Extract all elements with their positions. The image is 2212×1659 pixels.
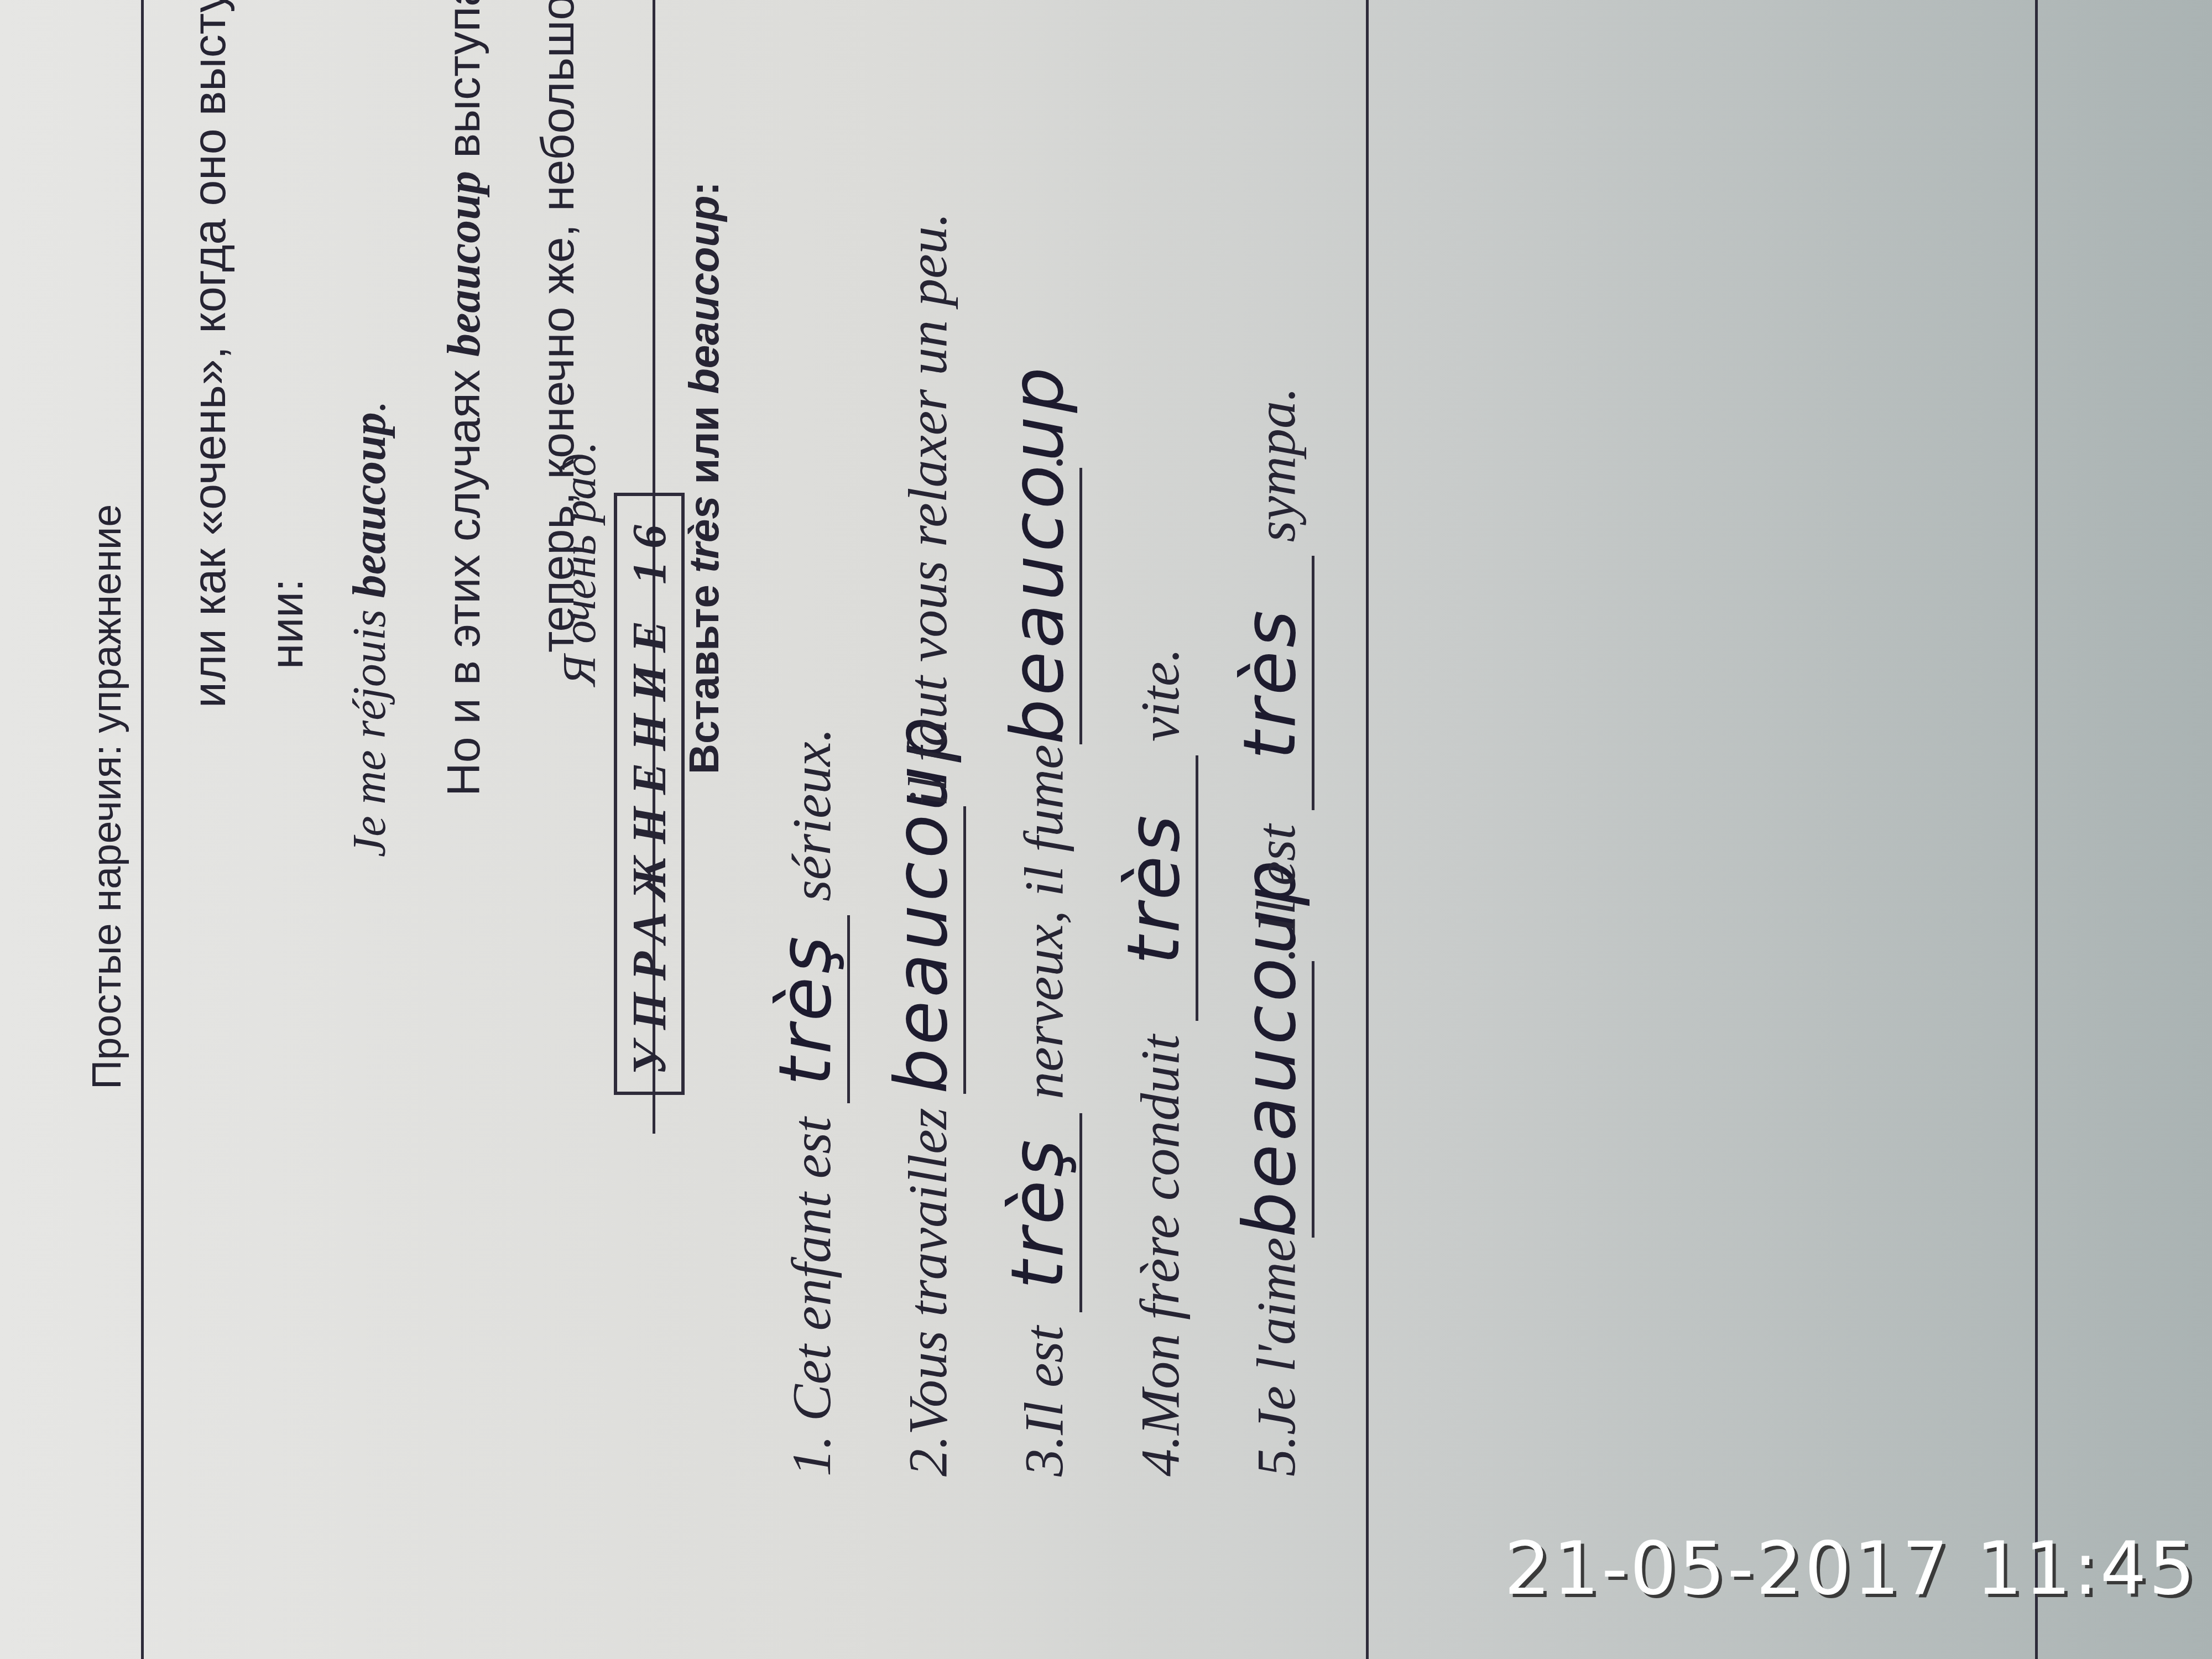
- exercise-title: УПРАЖНЕНИЕ 16: [614, 493, 685, 1095]
- intro-line-1: или как «очень», когда оно выступает в к…: [182, 0, 236, 708]
- answer-blank-3a[interactable]: trèş: [995, 1113, 1082, 1312]
- exercise-instruction: Вставьте très или beaucoup:: [680, 181, 728, 774]
- answer-blank-2[interactable]: beaucoup: [879, 806, 966, 1094]
- exercise-item-2: 2.Vous travaillez beaucoupil faut vous r…: [879, 212, 966, 1477]
- textbook-page: Простые наречия: упражнение или как «оче…: [0, 0, 2212, 1659]
- answer-blank-4[interactable]: très: [1112, 755, 1198, 1021]
- page-edge-rule: [2035, 0, 2038, 1659]
- answer-blank-1[interactable]: trèş: [763, 915, 850, 1103]
- exercise-item-5: 5.Je l'aimebeaucoup. Il est très sympa.: [1228, 387, 1314, 1477]
- exercise-item-4: 4.Mon frère conduit très vite.: [1112, 648, 1198, 1477]
- intro-line-4: теперь, конечно же, небольшое упражнение…: [531, 0, 585, 653]
- answer-blank-5a[interactable]: beaucoup: [1228, 961, 1314, 1238]
- answer-blank-3b[interactable]: beaucoup: [995, 468, 1082, 744]
- example-french: Je me réjouis beaucoup.: [343, 400, 397, 857]
- exercise-bottom-rule: [1366, 0, 1369, 1659]
- camera-timestamp: 21-05-2017 11:45: [1504, 1526, 2197, 1611]
- answer-blank-5b[interactable]: très: [1228, 556, 1314, 811]
- intro-line-2: нии:: [260, 578, 314, 669]
- intro-line-3: Но и в этих случаях beaucoup выступает п…: [437, 0, 491, 796]
- running-title: Простые наречия: упражнение: [83, 504, 130, 1089]
- exercise-item-3: 3.Il est trèş nerveux, il fumebeaucoup.: [995, 454, 1082, 1477]
- header-rule: [141, 0, 144, 1659]
- exercise-item-1: 1. Cet enfant est trèş sérieux.: [763, 728, 850, 1477]
